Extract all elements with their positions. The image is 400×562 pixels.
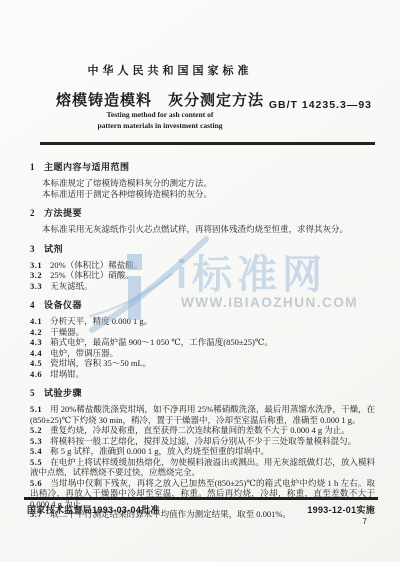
clause-number: 4.2 [30,327,42,337]
section-number: 3 [30,244,35,254]
section-number: 2 [30,208,35,218]
clause-4-2: 4.2干燥器。 [30,327,375,338]
section-heading-5: 5试验步骤 [30,386,375,399]
clause-text: 分析天平，精度 0.000 1 g。 [50,316,152,326]
paragraph: 本标准适用于测定各种熔模铸造模料的灰分。 [30,189,375,200]
paragraph: 本标准规定了熔模铸造模料灰分的测定方法。 [30,178,375,189]
clause-number: 5.1 [30,404,42,414]
footer: 国家技术监督局1993-03-04批准 1993-12-01实施 [27,503,375,516]
clause-number: 5.3 [30,436,42,446]
clause-4-4: 4.4电炉，带调压器。 [30,348,375,359]
section-title: 方法提要 [44,208,82,218]
clause-number: 5.2 [30,425,42,435]
clause-number: 4.6 [30,369,42,379]
clause-text: 用 20%稀盐酸洗涤瓷坩埚，如不净再用 25%稀硝酸洗涤，最后用蒸馏水洗净，干燥… [30,404,375,425]
clause-number: 3.1 [30,260,42,270]
clause-5-4: 5.4称 5 g 试样，准确到 0.000 1 g，放入灼烧至恒重的坩埚中。 [30,446,375,457]
clause-number: 3.2 [30,270,42,280]
clause-number: 5.6 [30,478,42,488]
clause-4-5: 4.5瓷坩埚，容积 35～50 mL。 [30,358,375,369]
section-heading-3: 3试剂 [30,242,375,255]
clause-text: 瓷坩埚，容积 35～50 mL。 [50,358,151,368]
section-number: 1 [30,162,35,172]
clause-text: 在电炉上将试样缓缓加热熔化，勿使模料液溢出或溅出。用无灰滤纸做灯芯，放入模料液中… [30,457,375,478]
clause-number: 4.1 [30,316,42,326]
clause-5-3: 5.3将模料按一般工艺熔化，搅拌及过滤，冷却后分别从不少于三处取等量模料混匀。 [30,436,375,447]
clause-number: 5.4 [30,446,42,456]
clause-text: 重复灼烧，冷却及称重，直至获得二次连续称量间的差数不大于 0.000 4 g 为… [50,425,350,435]
clause-3-3: 3.3无灰滤纸。 [30,281,375,292]
clause-text: 将模料按一般工艺熔化，搅拌及过滤，冷却后分别从不少于三处取等量模料混匀。 [50,436,356,446]
header-standard-type: 中华人民共和国国家标准 [55,62,285,78]
section-number: 4 [30,300,35,310]
clause-3-1: 3.120%（体积比）稀盐酸。 [30,260,375,271]
clause-5-2: 5.2重复灼烧，冷却及称重，直至获得二次连续称量间的差数不大于 0.000 4 … [30,425,375,436]
section-heading-2: 2方法提要 [30,206,375,219]
document-title-en-line1: Testing method for ash content of [45,110,275,119]
standard-number: GB/T 14235.3—93 [269,99,372,111]
clause-4-3: 4.3箱式电炉，最高炉温 900～1 050 ℃，工作温度(850±25)℃。 [30,337,375,348]
document-body: 1主题内容与适用范围 本标准规定了熔模铸造模料灰分的测定方法。 本标准适用于测定… [30,153,375,520]
clause-number: 5.5 [30,457,42,467]
clause-5-5: 5.5在电炉上将试样缓缓加热熔化，勿使模料液溢出或溅出。用无灰滤纸做灯芯，放入模… [30,457,375,478]
page-number: 7 [363,517,367,526]
clause-text: 25%（体积比）硝酸。 [50,270,134,280]
footer-approval-date: 国家技术监督局1993-03-04批准 [27,503,160,516]
clause-text: 箱式电炉，最高炉温 900～1 050 ℃，工作温度(850±25)℃。 [50,337,273,347]
clause-text: 称 5 g 试样，准确到 0.000 1 g，放入灼烧至恒重的坩埚中。 [50,446,269,456]
footer-implementation-date: 1993-12-01实施 [307,503,375,516]
clause-number: 4.3 [30,337,42,347]
clause-text: 干燥器。 [50,327,84,337]
clause-4-6: 4.6坩埚钳。 [30,369,375,380]
section-title: 试验步骤 [44,388,82,398]
clause-3-2: 3.225%（体积比）硝酸。 [30,270,375,281]
document-title-en-line2: pattern materials in investment casting [45,121,275,130]
clause-5-1: 5.1用 20%稀盐酸洗涤瓷坩埚，如不净再用 25%稀硝酸洗涤，最后用蒸馏水洗净… [30,404,375,425]
clause-text: 无灰滤纸。 [50,281,93,291]
clause-number: 4.5 [30,358,42,368]
clause-text: 电炉，带调压器。 [50,348,118,358]
clause-text: 20%（体积比）稀盐酸。 [50,260,142,270]
section-heading-1: 1主题内容与适用范围 [30,160,375,173]
section-title: 设备仪器 [44,300,82,310]
clause-4-1: 4.1分析天平，精度 0.000 1 g。 [30,316,375,327]
clause-text: 坩埚钳。 [50,369,84,379]
footer-divider-rule [24,497,378,500]
section-number: 5 [30,388,35,398]
scanned-standard-page: 中华人民共和国国家标准 熔模铸造模料 灰分测定方法 GB/T 14235.3—9… [0,0,400,562]
section-title: 试剂 [44,244,63,254]
clause-number: 4.4 [30,348,42,358]
header-divider-rule [40,142,375,145]
document-title: 熔模铸造模料 灰分测定方法 [45,89,275,110]
clause-number: 3.3 [30,281,42,291]
section-title: 主题内容与适用范围 [44,162,130,172]
section-heading-4: 4设备仪器 [30,298,375,311]
paragraph: 本标准采用无灰滤纸作引火芯点燃试样，再将固体残渣灼烧至恒重，求得其灰分。 [30,224,375,235]
